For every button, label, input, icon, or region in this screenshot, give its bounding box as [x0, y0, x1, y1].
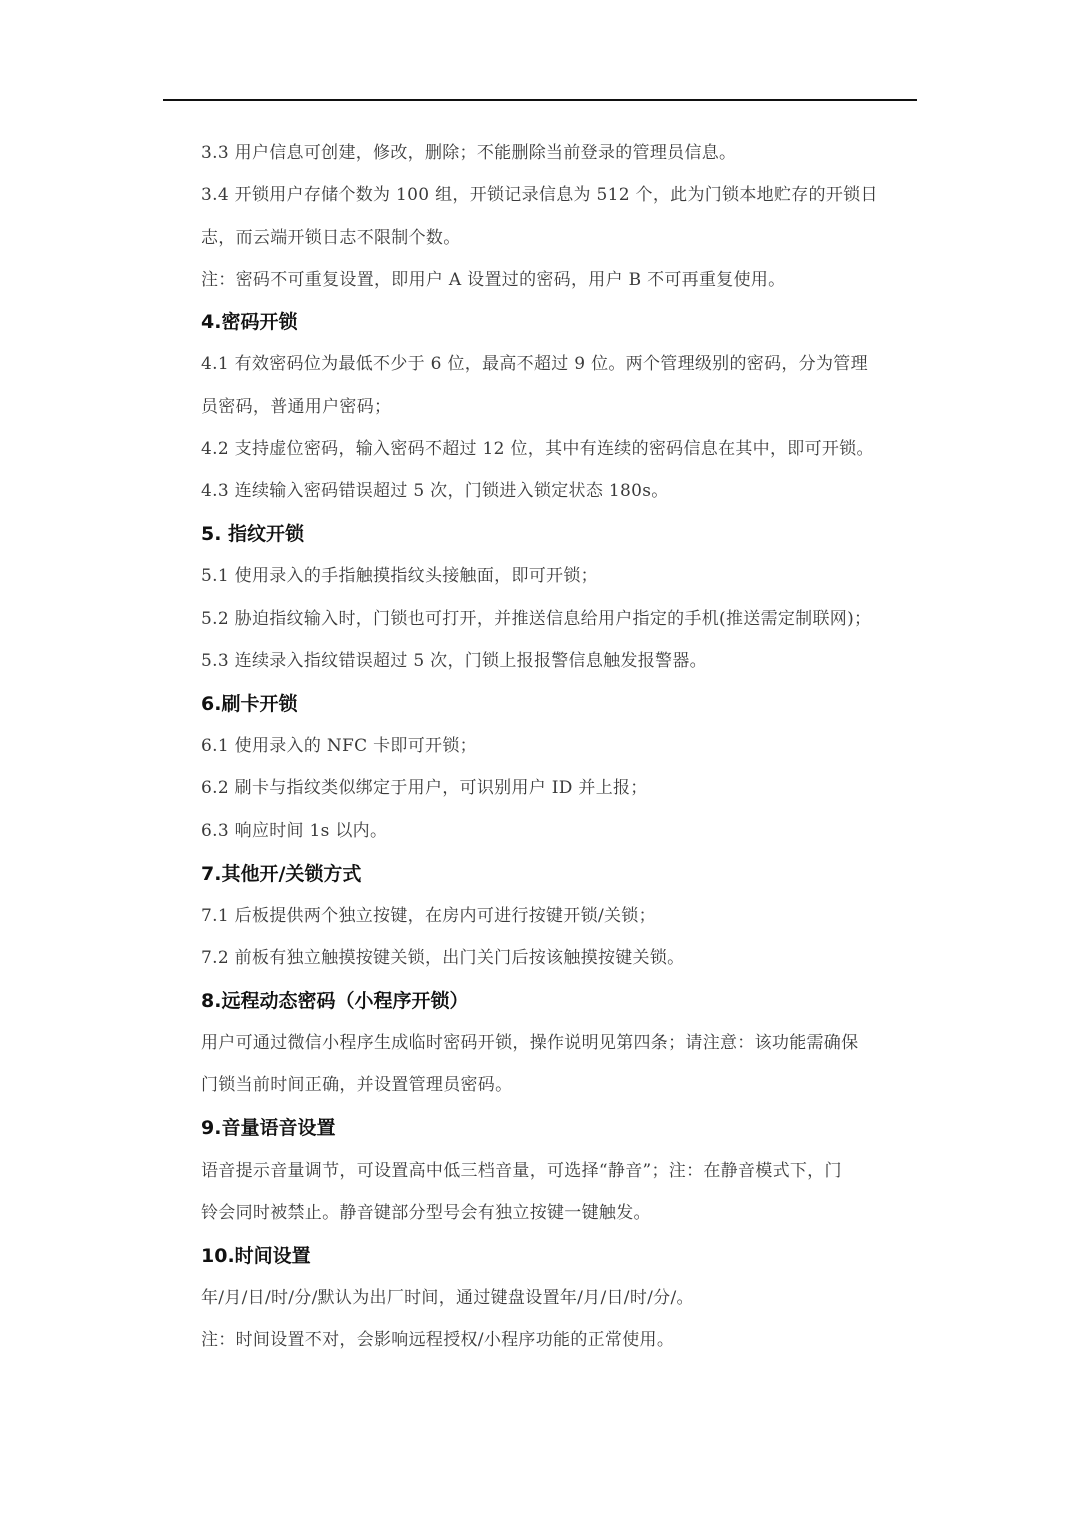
- paragraph-3-4-cont: 志，而云端开锁日志不限制个数。: [201, 227, 921, 249]
- paragraph-9-1: 语音提示音量调节，可设置高中低三档音量，可选择“静音”；注：在静音模式下，门: [201, 1160, 921, 1182]
- document-page: 3.3 用户信息可创建，修改，删除；不能删除当前登录的管理员信息。 3.4 开锁…: [0, 0, 1080, 1527]
- note-time-setting: 注：时间设置不对，会影响远程授权/小程序功能的正常使用。: [201, 1329, 921, 1351]
- paragraph-4-3: 4.3 连续输入密码错误超过 5 次，门锁进入锁定状态 180s。: [201, 480, 921, 502]
- paragraph-8-1: 用户可通过微信小程序生成临时密码开锁，操作说明见第四条；请注意：该功能需确保: [201, 1032, 921, 1054]
- heading-8: 8.远程动态密码（小程序开锁）: [201, 989, 468, 1013]
- paragraph-4-1-cont: 员密码，普通用户密码；: [201, 396, 921, 418]
- paragraph-5-3: 5.3 连续录入指纹错误超过 5 次，门锁上报报警信息触发报警器。: [201, 650, 921, 672]
- paragraph-8-1-cont: 门锁当前时间正确，并设置管理员密码。: [201, 1074, 921, 1096]
- paragraph-4-1: 4.1 有效密码位为最低不少于 6 位，最高不超过 9 位。两个管理级别的密码，…: [201, 353, 921, 375]
- note-password-unique: 注：密码不可重复设置，即用户 A 设置过的密码，用户 B 不可再重复使用。: [201, 269, 921, 291]
- heading-5: 5. 指纹开锁: [201, 522, 304, 546]
- header-rule: [163, 99, 917, 101]
- paragraph-6-1: 6.1 使用录入的 NFC 卡即可开锁；: [201, 735, 921, 757]
- paragraph-6-2: 6.2 刷卡与指纹类似绑定于用户，可识别用户 ID 并上报；: [201, 777, 921, 799]
- paragraph-7-2: 7.2 前板有独立触摸按键关锁，出门关门后按该触摸按键关锁。: [201, 947, 921, 969]
- paragraph-3-4: 3.4 开锁用户存储个数为 100 组，开锁记录信息为 512 个，此为门锁本地…: [201, 184, 921, 206]
- paragraph-5-1: 5.1 使用录入的手指触摸指纹头接触面，即可开锁；: [201, 565, 921, 587]
- heading-6: 6.刷卡开锁: [201, 692, 297, 716]
- heading-7: 7.其他开/关锁方式: [201, 862, 361, 886]
- paragraph-4-2: 4.2 支持虚位密码，输入密码不超过 12 位，其中有连续的密码信息在其中，即可…: [201, 438, 921, 460]
- heading-9: 9.音量语音设置: [201, 1116, 335, 1140]
- paragraph-7-1: 7.1 后板提供两个独立按键，在房内可进行按键开锁/关锁；: [201, 905, 921, 927]
- paragraph-10-1: 年/月/日/时/分/默认为出厂时间，通过键盘设置年/月/日/时/分/。: [201, 1287, 921, 1309]
- paragraph-9-1-cont: 铃会同时被禁止。静音键部分型号会有独立按键一键触发。: [201, 1202, 921, 1224]
- heading-10: 10.时间设置: [201, 1244, 311, 1268]
- paragraph-5-2: 5.2 胁迫指纹输入时，门锁也可打开，并推送信息给用户指定的手机(推送需定制联网…: [201, 608, 921, 630]
- paragraph-6-3: 6.3 响应时间 1s 以内。: [201, 820, 921, 842]
- paragraph-3-3: 3.3 用户信息可创建，修改，删除；不能删除当前登录的管理员信息。: [201, 142, 921, 164]
- heading-4: 4.密码开锁: [201, 310, 297, 334]
